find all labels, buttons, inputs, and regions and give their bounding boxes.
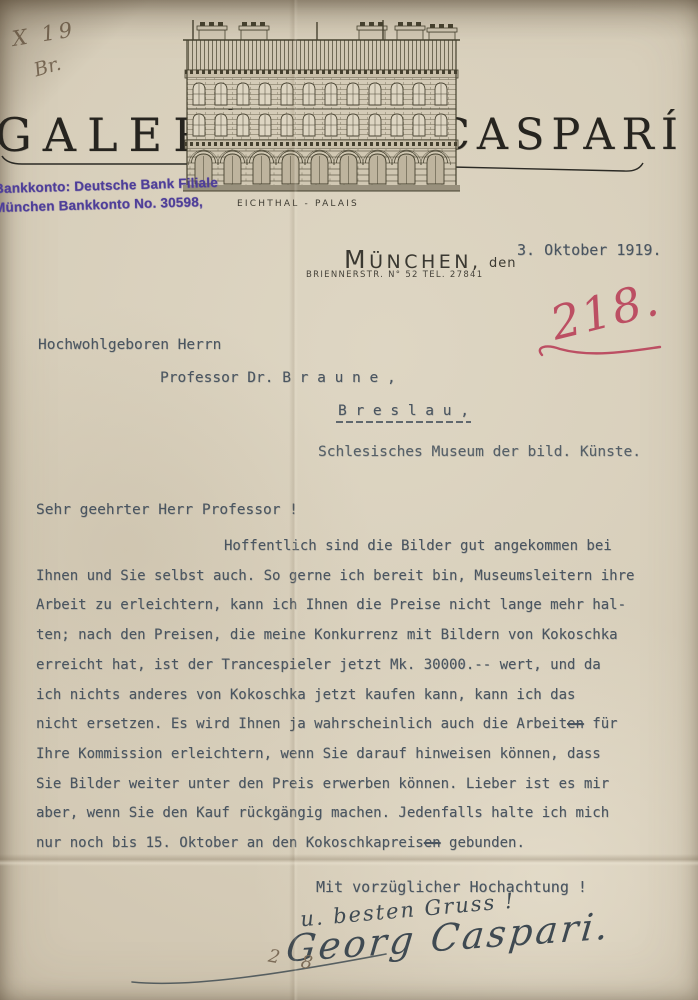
body-line: nicht ersetzen. Es wird Ihnen ja wahrsch… [36,710,681,740]
horizontal-fold-crease [0,854,698,866]
body-text: nicht ersetzen. Es wird Ihnen ja wahrsch… [36,716,567,732]
salutation: Sehr geehrter Herr Professor ! [36,502,298,518]
body-line: ten; nach den Preisen, die meine Konkurr… [36,621,681,651]
pencil-corner-initials: Br. [31,53,63,82]
body-text: ten; nach den Preisen, die meine Konkurr… [36,627,618,643]
body-text: Hoffentlich sind die Bilder gut angekomm… [224,538,612,554]
signature-flourish [130,948,390,988]
overstruck-text: en [424,835,441,851]
body-text: gebunden. [441,835,525,851]
body-line: Hoffentlich sind die Bilder gut angekomm… [36,532,681,562]
body-line: Ihnen und Sie selbst auch. So gerne ich … [36,562,681,592]
body-text: Ihre Kommission erleichtern, wenn Sie da… [36,746,601,762]
typed-date: 3. Oktober 1919. [517,241,662,259]
body-text: nur noch bis 15. Oktober an den Kokoschk… [36,835,424,851]
body-line: Ihre Kommission erleichtern, wenn Sie da… [36,740,681,770]
recipient-city-underlined: B r e s l a u , [338,403,469,419]
body-line: Arbeit zu erleichtern, kann ich Ihnen di… [36,591,681,621]
body-text: ich nichts anderes von Kokoschka jetzt k… [36,687,575,703]
body-line: aber, wenn Sie den Kauf rückgängig mache… [36,799,681,829]
bank-stamp: Bankkonto: Deutsche Bank Filiale München… [0,176,218,214]
body-paragraph: Hoffentlich sind die Bilder gut angekomm… [36,532,681,859]
body-line: ich nichts anderes von Kokoschka jetzt k… [36,681,681,711]
recipient-line-institution: Schlesisches Museum der bild. Künste. [318,444,641,460]
body-text: Sie Bilder weiter unter den Preis erwerb… [36,776,609,792]
eichthal-palais-building-engraving [183,20,460,198]
letterhead-street-line: BRIENNERSTR. N° 52 TEL. 27841 [306,270,483,280]
body-line: Sie Bilder weiter unter den Preis erwerb… [36,770,681,800]
vertical-fold-crease [289,0,298,1000]
red-underline-flourish [534,342,666,360]
body-text: erreicht hat, ist der Trancespieler jetz… [36,657,601,673]
body-text: für [584,716,618,732]
red-file-number: 218. [545,271,665,350]
body-text: Ihnen und Sie selbst auch. So gerne ich … [36,568,634,584]
letterhead-city-suffix: den [489,256,517,271]
recipient-line-city: B r e s l a u , [338,403,469,419]
body-text: Arbeit zu erleichtern, kann ich Ihnen di… [36,597,626,613]
recipient-line-honorific: Hochwohlgeboren Herrn [38,337,221,353]
overstruck-text: en [567,716,584,732]
body-line: erreicht hat, ist der Trancespieler jetz… [36,651,681,681]
building-caption: EICHTHAL - PALAIS [188,199,408,209]
letter-page: X 19 Br. GALERÍE CASPARÍ [0,0,698,1000]
recipient-line-name: Professor Dr. B r a u n e , [160,370,396,386]
body-text: aber, wenn Sie den Kauf rückgängig mache… [36,805,609,821]
pencil-corner-date: X 19 [11,17,78,51]
